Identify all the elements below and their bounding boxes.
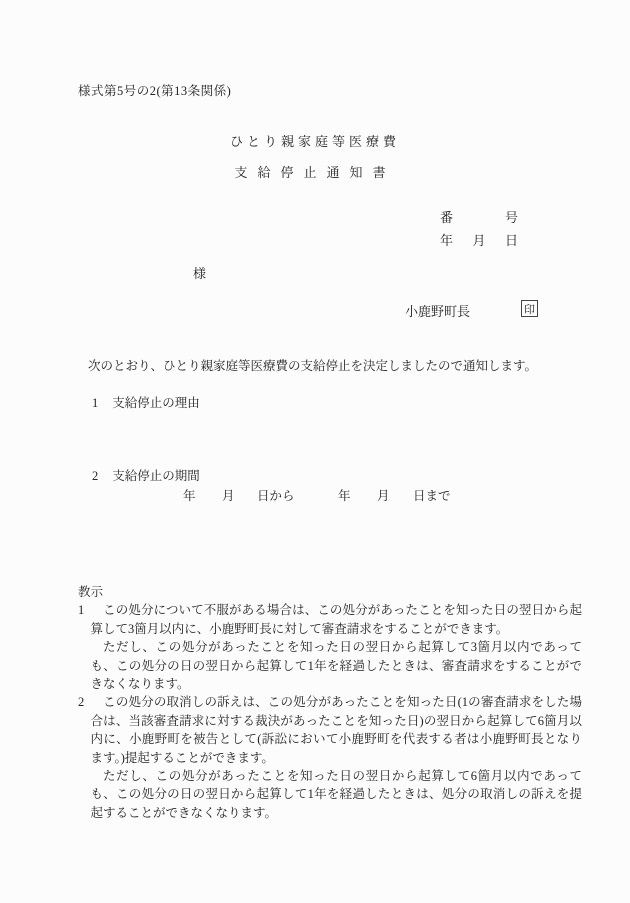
section-1-label: 支給停止の理由 — [112, 396, 200, 410]
kyoji-item-1-number: 1 — [78, 601, 103, 619]
period-from-day: 日から — [257, 486, 295, 504]
kyoji-item-1-note: ただし、この処分があったことを知った日の翌日から起算して3箇月以内であっても、こ… — [78, 638, 582, 693]
kyoji-section: 教示 1この処分について不服がある場合は、この処分があったことを知った日の翌日か… — [78, 583, 582, 822]
kyoji-item-2-note: ただし、この処分があったことを知った日の翌日から起算して6箇月以内であっても、こ… — [78, 767, 582, 822]
doc-number-suffix: 号 — [505, 207, 518, 226]
section-1-number: 1 — [92, 396, 98, 411]
kyoji-item-2-text: この処分の取消しの訴えは、この処分があったことを知った日(1の審査請求をした場合… — [91, 695, 583, 764]
kyoji-item-2-number: 2 — [78, 693, 103, 711]
period-from-year: 年 — [183, 486, 196, 504]
period-to-year: 年 — [338, 486, 351, 504]
intro-text: 次のとおり、ひとり親家庭等医療費の支給停止を決定しましたので通知します。 — [88, 356, 537, 374]
date-month-label: 月 — [472, 230, 485, 249]
suspension-period-line: 年 月 日から 年 月 日まで — [0, 486, 630, 504]
seal-box: 印 — [521, 300, 538, 317]
title-line-2: 支給停止通知書 — [0, 162, 630, 181]
section-2-number: 2 — [92, 469, 98, 484]
issue-date-row: 年 月 日 — [440, 230, 518, 249]
section-2-heading: 2支給停止の期間 — [92, 466, 200, 484]
date-day-label: 日 — [505, 230, 518, 249]
form-number: 様式第5号の2(第13条関係) — [78, 81, 231, 99]
addressee-honorific: 様 — [193, 263, 206, 282]
kyoji-heading: 教示 — [78, 583, 582, 601]
kyoji-item-1: 1この処分について不服がある場合は、この処分があったことを知った日の翌日から起算… — [78, 601, 582, 638]
doc-number-row: 番 号 — [440, 207, 518, 226]
document-page: 様式第5号の2(第13条関係) ひとり親家庭等医療費 支給停止通知書 番 号 年… — [0, 0, 630, 903]
period-to-month: 月 — [377, 486, 390, 504]
period-to-day: 日まで — [413, 486, 451, 504]
section-1-heading: 1支給停止の理由 — [92, 393, 200, 411]
title-line-1: ひとり親家庭等医療費 — [0, 131, 630, 150]
doc-number-label: 番 — [440, 207, 453, 226]
section-2-label: 支給停止の期間 — [112, 469, 200, 483]
seal-mark: 印 — [524, 301, 535, 317]
period-from-month: 月 — [222, 486, 235, 504]
date-year-label: 年 — [440, 230, 453, 249]
document-title: ひとり親家庭等医療費 支給停止通知書 — [0, 131, 630, 181]
kyoji-item-2: 2この処分の取消しの訴えは、この処分があったことを知った日(1の審査請求をした場… — [78, 693, 582, 767]
issuer-name: 小鹿野町長 — [405, 301, 470, 320]
kyoji-item-1-text: この処分について不服がある場合は、この処分があったことを知った日の翌日から起算し… — [91, 603, 583, 635]
